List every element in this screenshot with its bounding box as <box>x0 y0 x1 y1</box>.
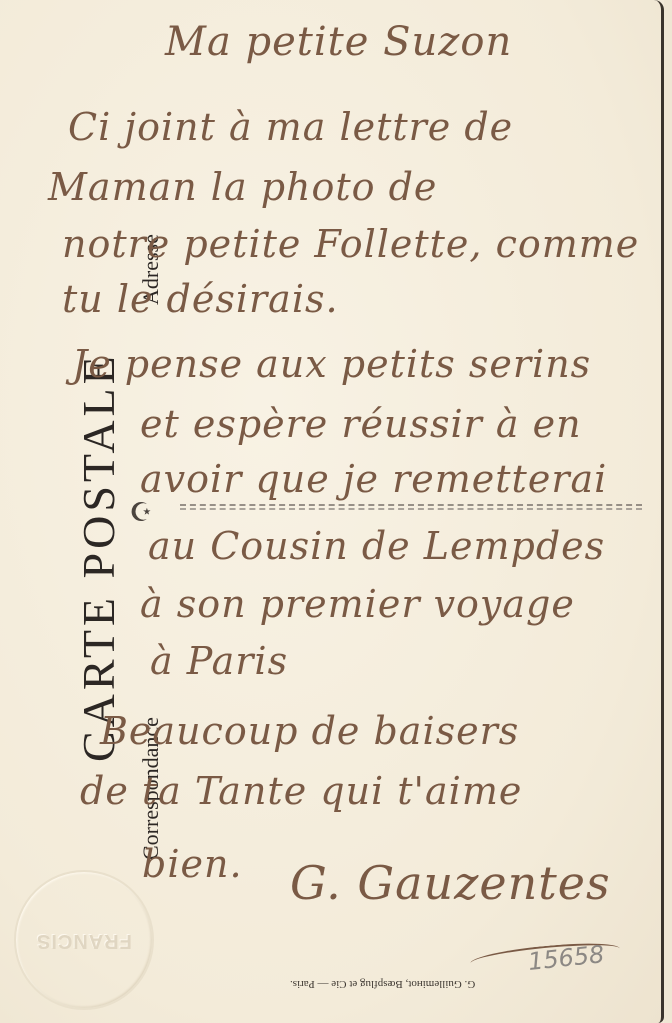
letter-line: bien. <box>142 845 243 883</box>
printer-credit: G. Guillemінot, Bœspflug et Cie — Paris. <box>290 978 475 990</box>
stamp-text: FRANCIS <box>36 929 132 952</box>
card-edge <box>664 0 672 1023</box>
letter-line: Maman la photo de <box>48 168 437 206</box>
carte-postale-title: CARTE POSTALE <box>72 352 125 762</box>
signature: G. Gauzentes <box>290 860 611 906</box>
letter-line: notre petite Follette, comme <box>62 225 639 263</box>
letter-line: et espère réussir à en <box>140 405 582 443</box>
letter-line: Je pense aux petits serins <box>72 345 591 383</box>
printed-divider-line <box>180 504 642 510</box>
letter-line: au Cousin de Lempdes <box>148 527 605 565</box>
letter-line: à Paris <box>150 642 288 680</box>
letter-salutation: Ma petite Suzon <box>165 22 512 62</box>
letter-line: tu le désirais. <box>62 280 339 318</box>
letter-line: Beaucoup de baisers <box>100 712 519 750</box>
letter-line: à son premier voyage <box>140 585 575 623</box>
letter-line: de ta Tante qui t'aime <box>80 772 522 810</box>
letter-line: Ci joint à ma lettre de <box>68 108 513 146</box>
letter-line: avoir que je remetterai <box>140 460 607 498</box>
embossed-stamp: FRANCIS <box>14 870 154 1010</box>
